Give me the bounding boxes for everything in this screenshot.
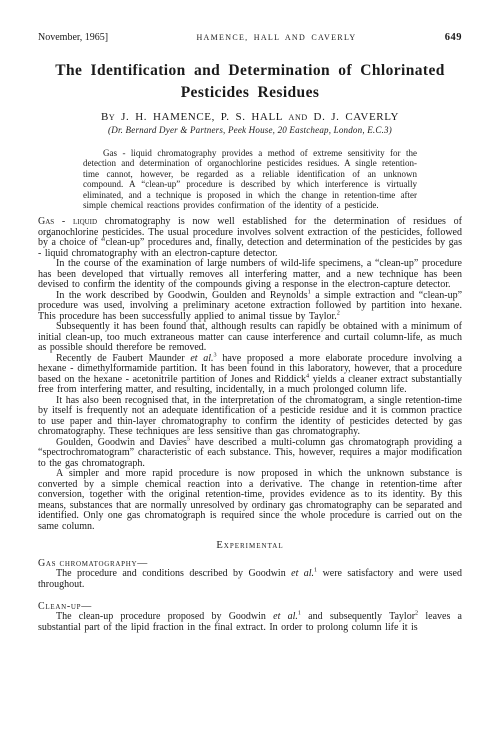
text-segment-sup: 4 [306,373,309,380]
text-segment-sup: 1 [308,289,311,296]
title-line-1: The Identification and Determination of … [55,62,445,79]
running-head: November, 1965] HAMENCE, HALL AND CAVERL… [38,32,462,44]
paragraph-2: In the course of the examination of larg… [38,259,462,291]
text-segment-i: et al. [273,611,298,622]
article-title: The Identification and Determination of … [38,60,462,104]
running-title: HAMENCE, HALL AND CAVERLY [196,32,356,44]
text-segment-sup: 2 [415,610,418,617]
text-segment-i: et al. [291,568,314,579]
subsection-paragraph-clean-up: The clean-up procedure proposed by Goodw… [38,612,462,633]
text-segment-sup: 1 [314,567,317,574]
text-segment-sup: 5 [187,436,190,443]
paragraph-8: A simpler and more rapid procedure is no… [38,469,462,532]
paragraph-1: Gas - liquid chromatography is now well … [38,217,462,259]
section-heading-experimental: Experimental [38,540,462,551]
paragraph-6: It has also been recognised that, in the… [38,396,462,438]
byline: By J. H. HAMENCE, P. S. HALL and D. J. C… [38,111,462,123]
affiliation: (Dr. Bernard Dyer & Partners, Peek House… [38,125,462,135]
paragraph-3: In the work described by Goodwin, Goulde… [38,291,462,323]
journal-page: November, 1965] HAMENCE, HALL AND CAVERL… [0,0,500,731]
title-line-2: Pesticides Residues [181,84,320,101]
paragraph-5: Recently de Faubert Maunder et al.3 have… [38,354,462,396]
page-number: 649 [445,32,462,44]
subsection-paragraph-gas-chromatography: The procedure and conditions described b… [38,569,462,590]
abstract: Gas - liquid chromatography provides a m… [83,148,417,210]
text-segment-sup: 2 [337,310,340,317]
paragraph-4: Subsequently it has been found that, alt… [38,322,462,354]
text-segment-i: et al. [190,353,213,364]
article-body: Gas - liquid chromatography is now well … [38,217,462,532]
text-segment-sup: 1 [298,610,301,617]
issue-date: November, 1965] [38,32,108,44]
text-segment-sc: Gas - liquid [38,216,97,227]
text-segment-sup: 3 [214,352,217,359]
paragraph-7: Goulden, Goodwin and Davies5 have descri… [38,438,462,470]
